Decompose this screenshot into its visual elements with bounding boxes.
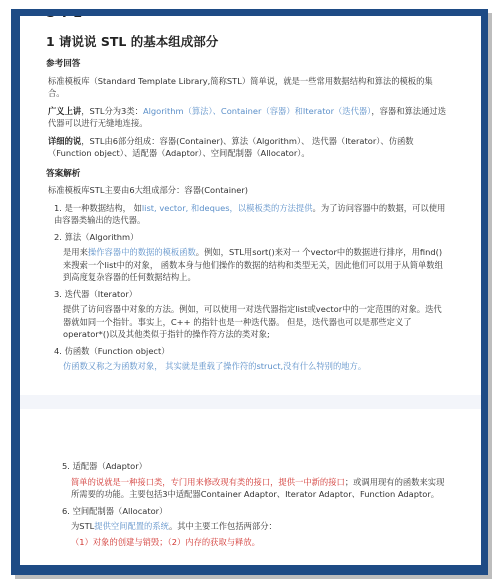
question-title: 1 请说说 STL 的基本组成部分 bbox=[46, 34, 446, 50]
item-number: 5. bbox=[62, 461, 70, 471]
item-body-rest: 。其中主要工作包括两部分： bbox=[169, 521, 277, 531]
item-highlight: list, vector, 和deques，以模板类的方法提供 bbox=[142, 203, 313, 213]
document-page: S T L 1 请说说 STL 的基本组成部分 参考回答 标准模板库（Stand… bbox=[20, 16, 481, 565]
list-item: 4. 仿函数（Function object） 仿函数又称之为函数对象， 其实就… bbox=[54, 345, 446, 373]
analysis-intro: 标准模板库STL主要由6大组成部分：容器(Container) bbox=[46, 184, 446, 197]
broad-highlight: Algorithm（算法）、Container（容器）和Iterator（迭代器… bbox=[143, 106, 371, 116]
broad-paragraph: 广义上讲，STL分为3类：Algorithm（算法）、Container（容器）… bbox=[46, 105, 446, 130]
item-title: 空间配制器（Allocator） bbox=[73, 506, 168, 516]
list-item: 2. 算法（Algorithm） 是用来操作容器中的数据的模板函数。例如，STL… bbox=[54, 231, 446, 284]
item-title: 算法（Algorithm） bbox=[65, 232, 139, 242]
analysis-label: 答案解析 bbox=[46, 168, 446, 181]
item-number: 2. bbox=[54, 232, 62, 242]
document-frame: S T L 1 请说说 STL 的基本组成部分 参考回答 标准模板库（Stand… bbox=[11, 9, 488, 575]
component-list: 1. 是一种数据结构， 如list, vector, 和deques，以模板类的… bbox=[46, 202, 446, 373]
item-text: 是一种数据结构， 如 bbox=[65, 203, 142, 213]
item-highlight-red: 简单的说就是一种接口类，专门用来修改现有类的接口，提供一中新的接口 bbox=[71, 477, 345, 487]
detail-text: ，STL由6部分组成：容器(Container)、算法（Algorithm）、 … bbox=[48, 136, 414, 159]
item-body: 仿函数又称之为函数对象， 其实就是重载了操作符的struct,没有什么特别的地方… bbox=[54, 360, 446, 373]
item-body: 简单的说就是一种接口类，专门用来修改现有类的接口，提供一中新的接口；或调用现有的… bbox=[62, 476, 446, 501]
cut-off-heading: S T L bbox=[46, 16, 82, 21]
page-break-divider bbox=[20, 395, 481, 409]
broad-lead: 广义上讲 bbox=[48, 106, 81, 116]
item-highlight: 操作容器中的数据的模板函数 bbox=[88, 247, 196, 257]
question-section: 1 请说说 STL 的基本组成部分 参考回答 标准模板库（Standard Te… bbox=[46, 34, 446, 377]
list-item: 3. 迭代器（Iterator） 提供了访问容器中对象的方法。例如，可以使用一对… bbox=[54, 288, 446, 341]
detail-lead: 详细的说 bbox=[48, 136, 81, 146]
item-title: 适配器（Adaptor） bbox=[73, 461, 147, 471]
item-body: 提供了访问容器中对象的方法。例如，可以使用一对迭代器指定list或vector中… bbox=[54, 303, 446, 341]
item-body-text: 为STL bbox=[71, 521, 94, 531]
item-body: 是用来操作容器中的数据的模板函数。例如，STL用sort()来对一 个vecto… bbox=[54, 246, 446, 284]
item-number: 1. bbox=[54, 203, 62, 213]
list-item: 6. 空间配制器（Allocator） 为STL提供空间配置的系统。其中主要工作… bbox=[62, 505, 446, 549]
item-highlight-red: （1）对象的创建与销毁；（2）内存的获取与释放。 bbox=[62, 536, 446, 549]
list-item: 1. 是一种数据结构， 如list, vector, 和deques，以模板类的… bbox=[54, 202, 446, 227]
continued-list: 5. 适配器（Adaptor） 简单的说就是一种接口类，专门用来修改现有类的接口… bbox=[62, 460, 446, 552]
item-number: 6. bbox=[62, 506, 70, 516]
item-body: 为STL提供空间配置的系统。其中主要工作包括两部分： bbox=[62, 520, 446, 533]
item-title: 迭代器（Iterator） bbox=[65, 289, 138, 299]
item-title: 仿函数（Function object） bbox=[65, 346, 170, 356]
item-number: 3. bbox=[54, 289, 62, 299]
broad-text: ，STL分为3类： bbox=[81, 106, 143, 116]
item-highlight: 提供空间配置的系统 bbox=[94, 521, 169, 531]
list-item: 5. 适配器（Adaptor） 简单的说就是一种接口类，专门用来修改现有类的接口… bbox=[62, 460, 446, 501]
item-body-text: 是用来 bbox=[63, 247, 88, 257]
item-number: 4. bbox=[54, 346, 62, 356]
detail-paragraph: 详细的说，STL由6部分组成：容器(Container)、算法（Algorith… bbox=[46, 135, 446, 160]
intro-paragraph: 标准模板库（Standard Template Library,简称STL）简单… bbox=[46, 75, 446, 100]
ref-answer-label: 参考回答 bbox=[46, 58, 446, 71]
